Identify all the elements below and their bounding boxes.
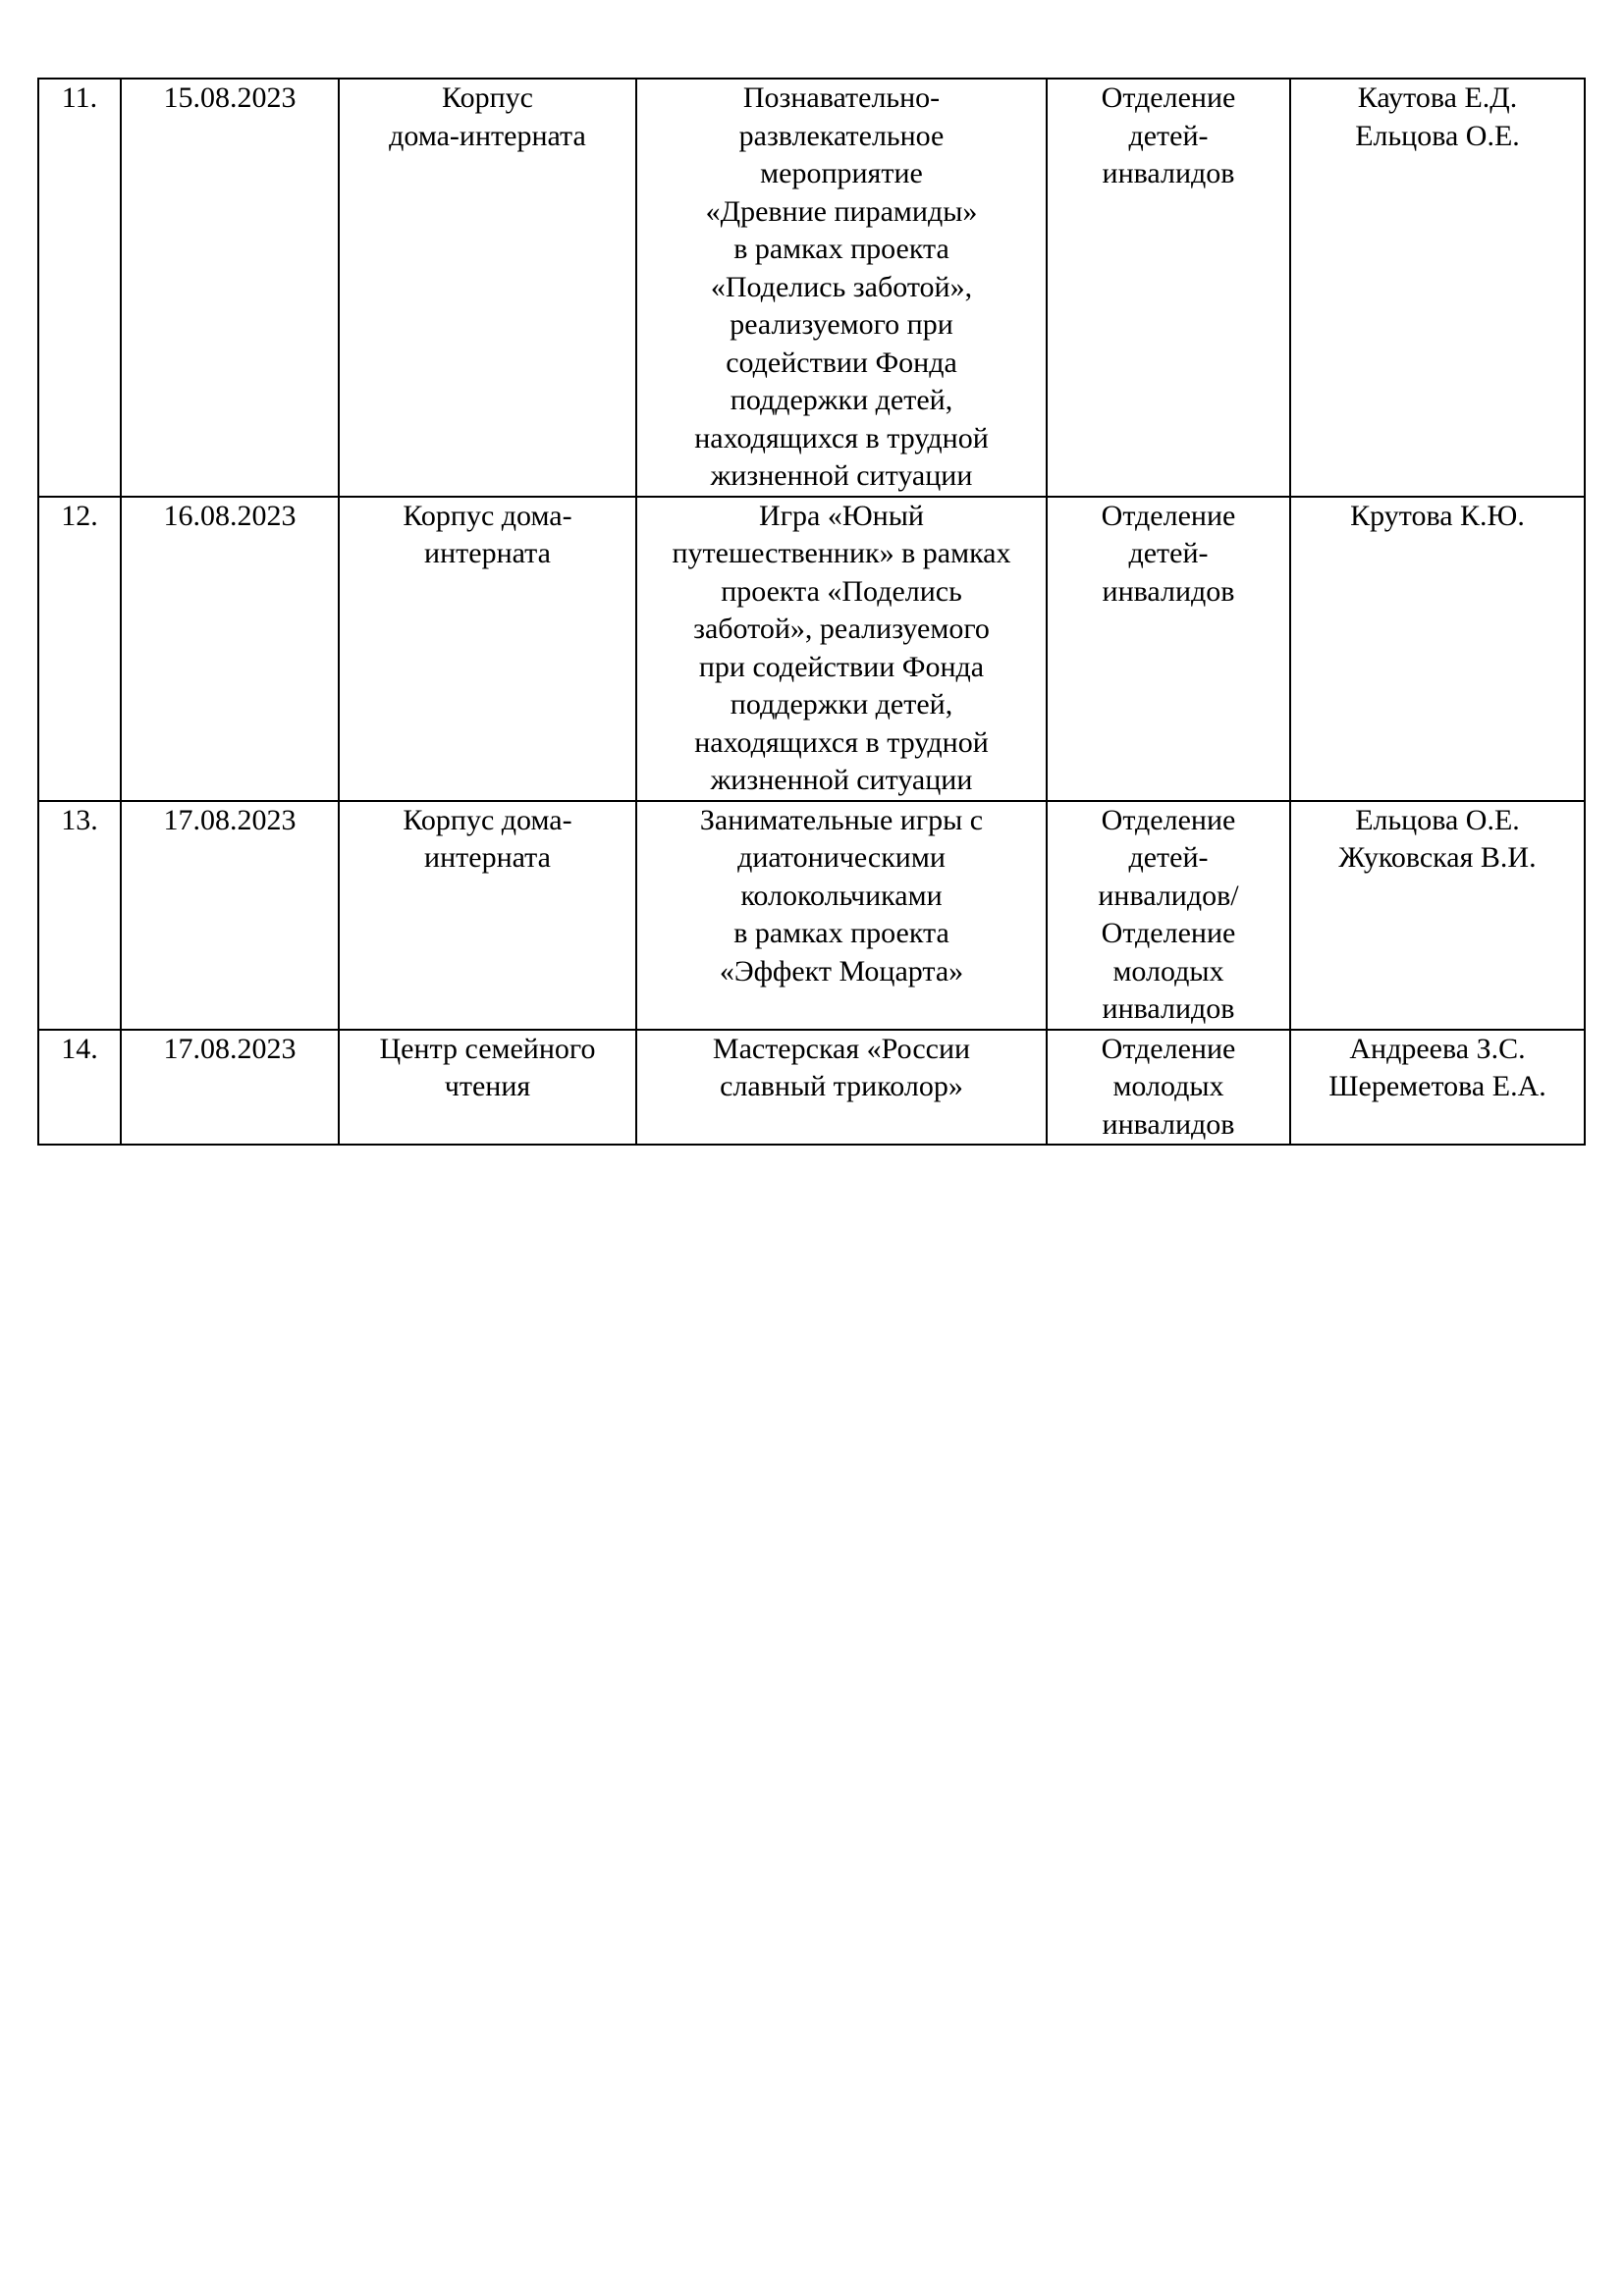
table-row: 14. 17.08.2023 Центр семейного чтения Ма… (38, 1030, 1585, 1146)
document-page: 11. 15.08.2023 Корпус дома-интерната Поз… (0, 0, 1624, 2296)
department: Отделение детей- инвалидов (1047, 497, 1290, 801)
events-schedule-table: 11. 15.08.2023 Корпус дома-интерната Поз… (37, 78, 1586, 1146)
responsible-persons: Крутова К.Ю. (1290, 497, 1585, 801)
row-number: 14. (38, 1030, 121, 1146)
event-date: 16.08.2023 (121, 497, 339, 801)
row-number: 11. (38, 79, 121, 497)
event-place: Центр семейного чтения (339, 1030, 636, 1146)
event-place: Корпус дома-интерната (339, 79, 636, 497)
event-date: 17.08.2023 (121, 1030, 339, 1146)
event-description: Познавательно- развлекательное мероприят… (636, 79, 1047, 497)
event-place: Корпус дома- интерната (339, 801, 636, 1030)
event-description: Занимательные игры с диатоническими коло… (636, 801, 1047, 1030)
table-row: 12. 16.08.2023 Корпус дома- интерната Иг… (38, 497, 1585, 801)
event-date: 17.08.2023 (121, 801, 339, 1030)
responsible-persons: Андреева З.С. Шереметова Е.А. (1290, 1030, 1585, 1146)
event-date: 15.08.2023 (121, 79, 339, 497)
responsible-persons: Каутова Е.Д. Ельцова О.Е. (1290, 79, 1585, 497)
event-place: Корпус дома- интерната (339, 497, 636, 801)
event-description: Мастерская «России славный триколор» (636, 1030, 1047, 1146)
table-row: 11. 15.08.2023 Корпус дома-интерната Поз… (38, 79, 1585, 497)
event-description: Игра «Юный путешественник» в рамках прое… (636, 497, 1047, 801)
department: Отделение детей- инвалидов/ Отделение мо… (1047, 801, 1290, 1030)
row-number: 12. (38, 497, 121, 801)
table-row: 13. 17.08.2023 Корпус дома- интерната За… (38, 801, 1585, 1030)
responsible-persons: Ельцова О.Е. Жуковская В.И. (1290, 801, 1585, 1030)
department: Отделение детей- инвалидов (1047, 79, 1290, 497)
row-number: 13. (38, 801, 121, 1030)
department: Отделение молодых инвалидов (1047, 1030, 1290, 1146)
